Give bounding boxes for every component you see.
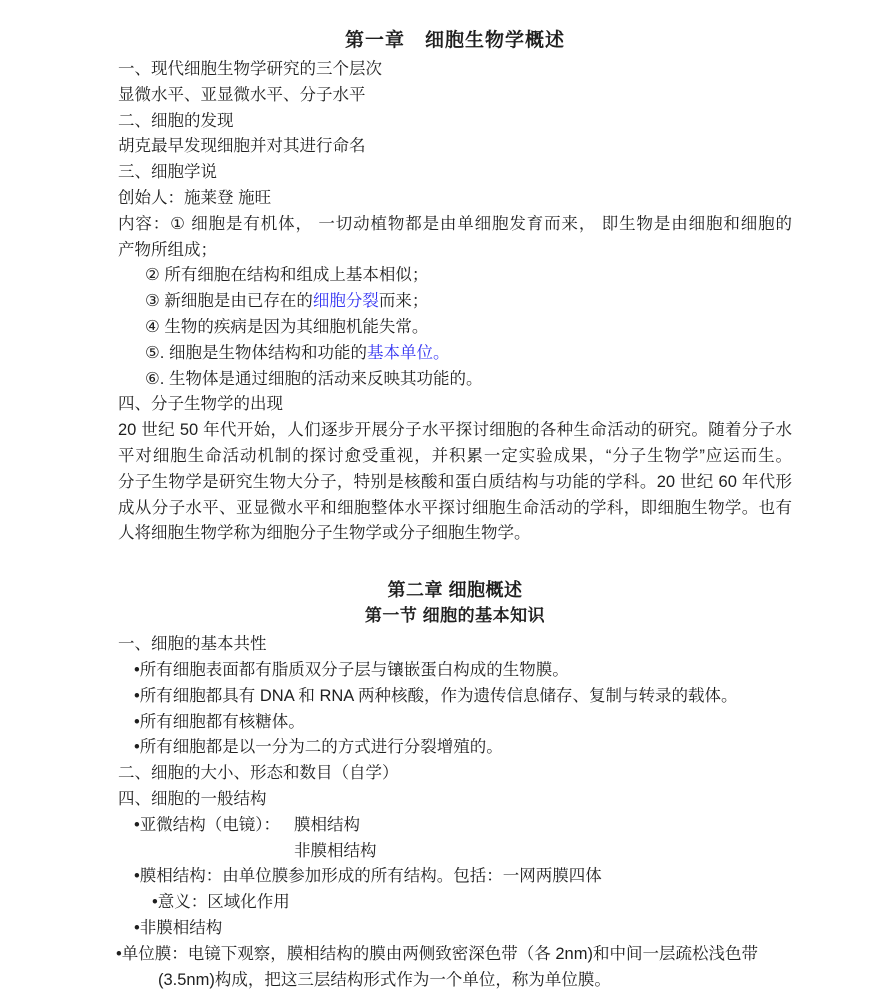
- outline-item-commonality: 一、细胞的基本共性: [118, 632, 792, 658]
- outline-text-hooke: 胡克最早发现细胞并对其进行命名: [118, 134, 792, 160]
- outline-item-size: 二、细胞的大小、形态和数目（自学）: [118, 761, 792, 787]
- submicro-option-nonmembrane: 非膜相结构: [294, 839, 377, 865]
- bullet-item-unit-membrane-line2: (3.5nm)构成，把这三层结构形式作为一个单位，称为单位膜。: [158, 968, 792, 994]
- numbered-item-3: ③ 新细胞是由已存在的细胞分裂而来；: [145, 289, 792, 315]
- bullet-item-nonmembrane-structure: •非膜相结构: [134, 916, 792, 942]
- outline-text-levels: 显微水平、亚显微水平、分子水平: [118, 83, 792, 109]
- paragraph-line-1: 20 世纪 50 年代开始，人们逐步开展分子水平探讨细胞的各种生命活动的研究。随…: [118, 418, 792, 444]
- bullet-item-dna-rna: •所有细胞都具有 DNA 和 RNA 两种核酸，作为遗传信息储存、复制与转录的载…: [134, 684, 792, 710]
- bullet-item-unit-membrane-line1: •单位膜：电镜下观察，膜相结构的膜由两侧致密深色带（各 2nm)和中间一层疏松浅…: [116, 942, 792, 968]
- bullet-item-membrane: •所有细胞表面都有脂质双分子层与镶嵌蛋白构成的生物膜。: [134, 658, 792, 684]
- bullet-item-submicro: •亚微结构（电镜）： 膜相结构 非膜相结构: [134, 813, 792, 865]
- outline-item-4: 四、分子生物学的出现: [118, 392, 792, 418]
- chapter2-heading: 第二章 细胞概述: [118, 577, 792, 603]
- bullet-item-membrane-structure: •膜相结构：由单位膜参加形成的所有结构。包括：一网两膜四体: [134, 864, 792, 890]
- document-page: 第一章 细胞生物学概述 一、现代细胞生物学研究的三个层次 显微水平、亚显微水平、…: [0, 0, 876, 1002]
- numbered-item-3-tail: 而来；: [379, 292, 429, 310]
- numbered-item-5-text: ⑤. 细胞是生物体结构和功能的: [145, 344, 367, 362]
- paragraph-line-4: 成从分子水平、亚显微水平和细胞整体水平探讨细胞生命活动的学科，即细胞生物学。也有: [118, 496, 792, 522]
- content-item-1-line1: 内容：① 细胞是有机体， 一切动植物都是由单细胞发育而来， 即生物是由细胞和细胞…: [118, 212, 792, 238]
- submicro-option-membrane: 膜相结构: [294, 813, 377, 839]
- submicro-label: •亚微结构（电镜）：: [134, 813, 280, 865]
- outline-text-founders: 创始人：施莱登 施旺: [118, 186, 792, 212]
- bullet-item-meaning: •意义：区域化作用: [152, 890, 792, 916]
- content-item-1-line2: 产物所组成；: [118, 238, 792, 264]
- numbered-item-6: ⑥. 生物体是通过细胞的活动来反映其功能的。: [145, 367, 792, 393]
- document-content: 第一章 细胞生物学概述 一、现代细胞生物学研究的三个层次 显微水平、亚显微水平、…: [0, 0, 876, 993]
- outline-item-3: 三、细胞学说: [118, 160, 792, 186]
- numbered-item-4: ④ 生物的疾病是因为其细胞机能失常。: [145, 315, 792, 341]
- bullet-item-division: •所有细胞都是以一分为二的方式进行分裂增殖的。: [134, 735, 792, 761]
- paragraph-line-2: 平对细胞生命活动机制的探讨愈受重视，并积累一定实验成果，“分子生物学”应运而生。: [118, 444, 792, 470]
- section1-heading: 第一节 细胞的基本知识: [118, 603, 792, 629]
- paragraph-line-3: 分子生物学是研究生物大分子，特别是核酸和蛋白质结构与功能的学科。20 世纪 60…: [118, 470, 792, 496]
- outline-item-2: 二、细胞的发现: [118, 109, 792, 135]
- paragraph-line-5: 人将细胞生物学称为细胞分子生物学或分子细胞生物学。: [118, 521, 792, 547]
- outline-item-1: 一、现代细胞生物学研究的三个层次: [118, 57, 792, 83]
- link-cell-division[interactable]: 细胞分裂: [313, 292, 379, 310]
- submicro-options: 膜相结构 非膜相结构: [294, 813, 377, 865]
- outline-item-structure: 四、细胞的一般结构: [118, 787, 792, 813]
- bullet-item-ribosome: •所有细胞都有核糖体。: [134, 710, 792, 736]
- chapter1-heading: 第一章 细胞生物学概述: [118, 28, 792, 54]
- numbered-item-2: ② 所有细胞在结构和组成上基本相似；: [145, 263, 792, 289]
- numbered-item-5: ⑤. 细胞是生物体结构和功能的基本单位。: [145, 341, 792, 367]
- numbered-item-3-text: ③ 新细胞是由已存在的: [145, 292, 313, 310]
- link-basic-unit[interactable]: 基本单位。: [367, 344, 450, 362]
